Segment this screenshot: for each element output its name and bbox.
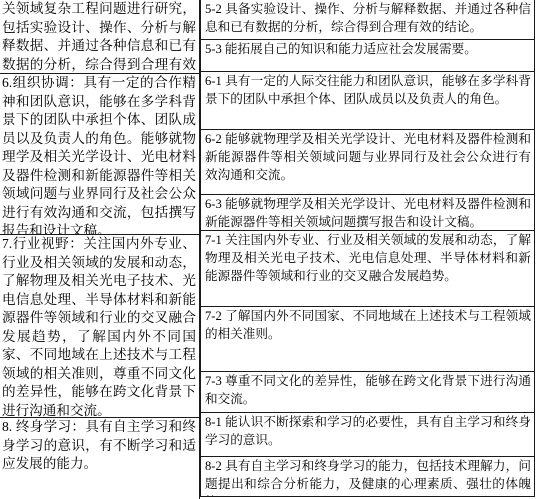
table-cell-indicator-6-3: 6-3 能够就物理学及相关光学设计、光电材料及器件检测和新能源器件等相关领域问题… xyxy=(200,195,535,231)
table-cell-indicator-6-1: 6-1 具有一定的人际交往能力和团队意识，能够在多学科背景下的团队中承担个体、团… xyxy=(200,72,535,130)
table-left-column: 关领域复杂工程问题进行研究，包括实验设计、操作、分析与解释数据、并通过各种信息和… xyxy=(0,0,200,499)
table-cell-indicator-8-2: 8-2 具有自主学习和终身学习的能力，包括技术理解力，问题提出和综合分析能力，及… xyxy=(200,457,535,497)
table-cell-indicator-7-2: 7-2 了解国内外不同国家、不同地域在上述技术与工程领域的相关准则。 xyxy=(200,307,535,372)
table-cell-objective-5-continued: 关领域复杂工程问题进行研究，包括实验设计、操作、分析与解释数据、并通过各种信息和… xyxy=(0,0,200,74)
table-cell-indicator-7-3: 7-3 尊重不同文化的差异性，能够在跨文化背景下进行沟通和交流。 xyxy=(200,372,535,413)
table-cell-objective-8: 8. 终身学习：具有自主学习和终身学习的意识，有不断学习和适应发展的能力。 xyxy=(0,418,200,499)
table-cell-indicator-5-2: 5-2 具备实验设计、操作、分析与解释数据、并通过各种信息和已有数据的分析，综合… xyxy=(200,0,535,40)
table-cell-indicator-5-3: 5-3 能拓展自己的知识和能力适应社会发展需要。 xyxy=(200,40,535,72)
table-cell-indicator-6-2: 6-2 能够就物理学及相关光学设计、光电材料及器件检测和新能源器件等相关领域问题… xyxy=(200,130,535,195)
table-cell-indicator-7-1: 7-1 关注国内外专业、行业及相关领域的发展和动态，了解物理及相关光电子技术、光… xyxy=(200,231,535,307)
table-cell-objective-7: 7.行业视野：关注国内外专业、行业及相关领域的发展和动态，了解物理及相关光电子技… xyxy=(0,235,200,418)
table-cell-objective-6: 6.组织协调：具有一定的合作精神和团队意识，能够在多学科背景下的团队中承担个体、… xyxy=(0,74,200,235)
table-right-column: 5-2 具备实验设计、操作、分析与解释数据、并通过各种信息和已有数据的分析，综合… xyxy=(200,0,535,497)
requirements-table: 关领域复杂工程问题进行研究，包括实验设计、操作、分析与解释数据、并通过各种信息和… xyxy=(0,0,540,499)
table-cell-indicator-8-1: 8-1 能认识不断探索和学习的必要性，具有自主学习和终身学习的意识。 xyxy=(200,413,535,457)
